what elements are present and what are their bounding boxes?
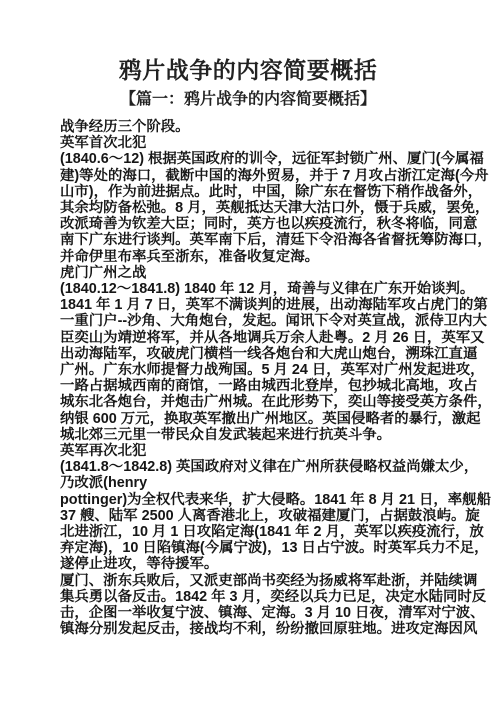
body-line: 一重门户--沙角、大角炮台，发起。闻讯下令对英宣战，派侍卫内大 [60,313,442,329]
body-line: 南下广东进行谈判。英军南下后，清廷下令沿海各省督抚筹防海口， [60,232,442,248]
body-line: (1841.8～1842.8) 英国政府对义律在广州所获侵略权益尚嫌太少， [60,459,442,475]
body-line: 广州。广东水师提督力战殉国。5 月 24 日，英军对广州发起进攻， [60,362,442,378]
document-page: 鸦片战争的内容简要概括 【篇一：鸦片战争的内容简要概括】 战争经历三个阶段。英军… [0,0,496,702]
document-body: 战争经历三个阶段。英军首次北犯(1840.6～12) 根据英国政府的训令，远征军… [60,119,442,638]
body-line: pottinger)为全权代表来华，扩大侵略。1841 年 8 月 21 日，率… [60,492,442,508]
body-line: 北进浙江，10 月 1 日攻陷定海(1841 年 2 月，英军以疾疫流行，放 [60,524,442,540]
body-line: 城东北各炮台，并炮击广州城。在此形势下，奕山等接受英方条件， [60,394,442,410]
body-line: 改派琦善为钦差大臣；同时，英方也以疾疫流行，秋冬将临，同意 [60,216,442,232]
body-line: 乃改派(henry [60,475,442,491]
body-line: 37 艘、陆军 2500 人离香港北上，攻破福建厦门，占据鼓浪屿。旋 [60,508,442,524]
body-line: 厦门、浙东兵败后，又派吏部尚书奕经为扬威将军赴浙，并陆续调 [60,573,442,589]
body-line: 城北郊三元里一带民众自发武装起来进行抗英斗争。 [60,427,442,443]
body-line: 虎门广州之战 [60,265,442,281]
body-line: 其余均防备松弛。8 月，英舰抵达天津大沽口外，慑于兵威，罢免， [60,200,442,216]
body-line: 出动海陆军，攻破虎门横档一线各炮台和大虎山炮台，溯珠江直逼 [60,346,442,362]
body-line: 建)等处的海口，截断中国的海外贸易，并于 7 月攻占浙江定海(今舟 [60,168,442,184]
body-line: 遂停止进攻，等待援军。 [60,556,442,572]
body-line: 弃定海)，10 日陷镇海(今属宁波)，13 日占宁波。时英军兵力不足， [60,540,442,556]
body-line: 击，企图一举收复宁波、镇海、定海。3 月 10 日夜，清军对宁波、 [60,605,442,621]
body-line: 战争经历三个阶段。 [60,119,442,135]
body-line: 英军再次北犯 [60,443,442,459]
body-line: 一路占据城西南的商馆，一路由城西北登岸，包抄城北高地，攻占 [60,378,442,394]
body-line: 英军首次北犯 [60,135,442,151]
body-line: (1840.12～1841.8) 1840 年 12 月，琦善与义律在广东开始谈… [60,281,442,297]
body-line: 集兵勇以备反击。1842 年 3 月，奕经以兵力已足，决定水陆同时反 [60,589,442,605]
body-line: 并命伊里布率兵至浙东，准备收复定海。 [60,249,442,265]
body-line: 臣奕山为靖逆将军，并从各地调兵万余人赴粤。2 月 26 日，英军又 [60,330,442,346]
body-line: (1840.6～12) 根据英国政府的训令，远征军封锁广州、厦门(今属福 [60,151,442,167]
document-subtitle: 【篇一：鸦片战争的内容简要概括】 [0,86,496,109]
body-line: 山市)，作为前进据点。此时，中国，除广东在督饬下稍作战备外， [60,184,442,200]
body-line: 1841 年 1 月 7 日，英军不满谈判的进展，出动海陆军攻占虎门的第 [60,297,442,313]
body-line: 纳银 600 万元，换取英军撤出广州地区。英国侵略者的暴行，激起 [60,411,442,427]
document-title: 鸦片战争的内容简要概括 [0,52,496,85]
body-line: 镇海分别发起反击，接战均不利，纷纷撤回原驻地。进攻定海因风 [60,621,442,637]
